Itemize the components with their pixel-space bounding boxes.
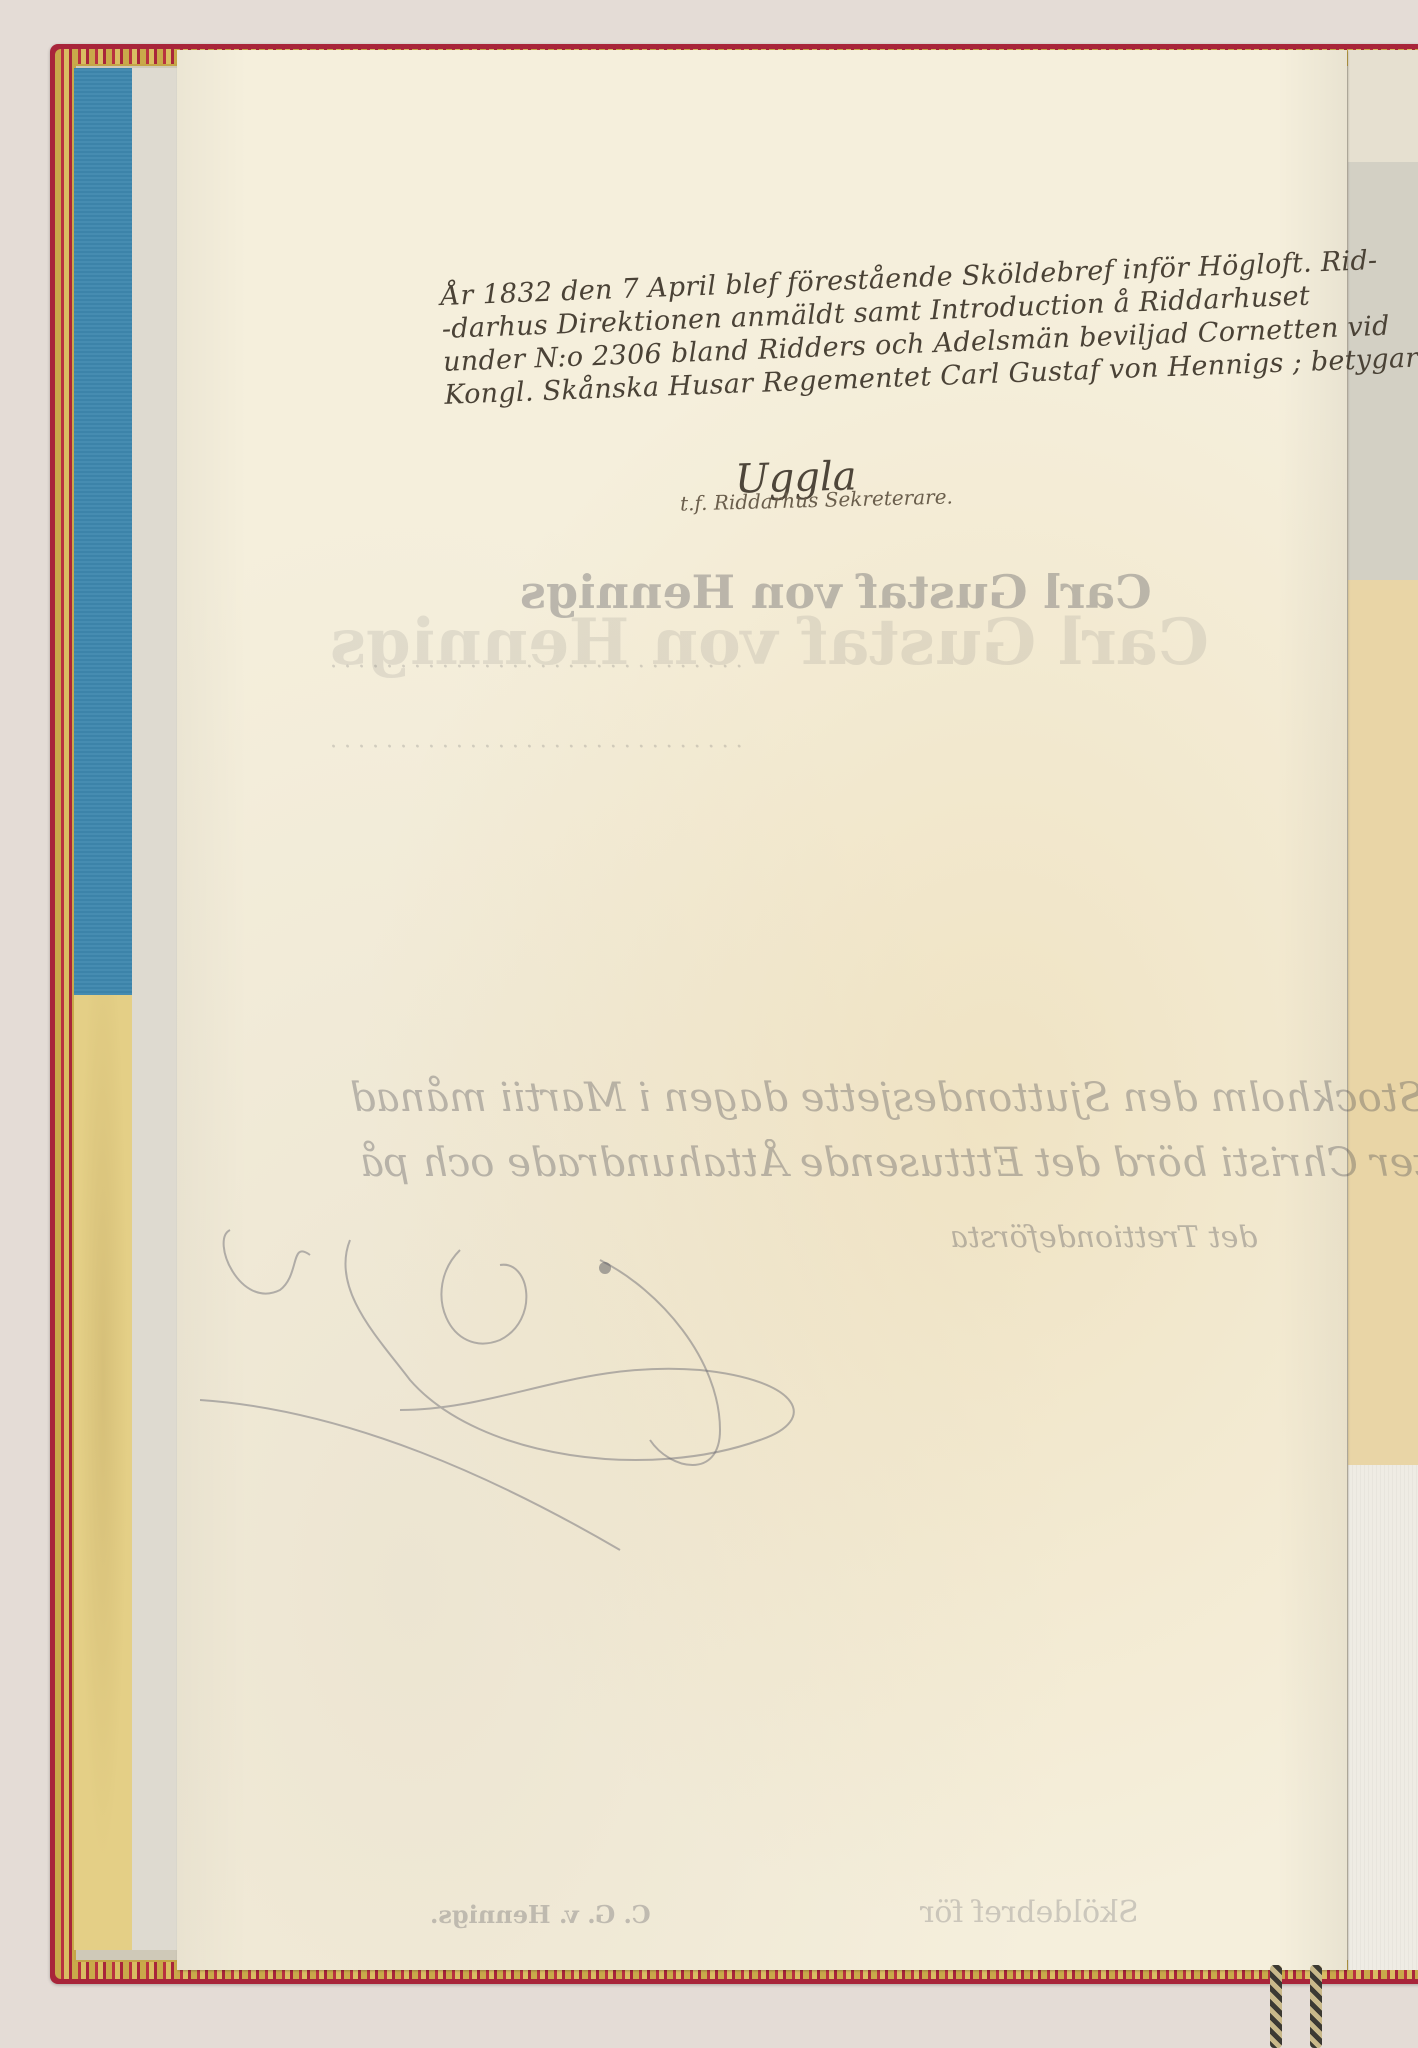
bleed-footer-title: Sköldebref för — [920, 1895, 1139, 1930]
cord — [1310, 1965, 1322, 2048]
right-page-edge — [1348, 580, 1418, 1465]
yellow-silk-lining — [74, 995, 132, 1950]
bleed-heading: Carl Gustaf von Hennigs — [520, 565, 1152, 619]
right-page-edge — [1348, 1465, 1418, 1970]
binding-cords — [1270, 1965, 1330, 2048]
cord — [1270, 1965, 1282, 2048]
bleed-line: · · · · · · · · · · · · · · · · · · · · … — [330, 735, 743, 760]
bleed-line: Stockholm den Sjuttondesjette dagen i Ma… — [350, 1075, 1418, 1121]
bleed-footer-name: C. G. v. Hennigs. — [430, 1900, 651, 1929]
right-page-edge — [1348, 50, 1418, 162]
flyleaf — [132, 68, 178, 1950]
blue-silk-lining — [74, 68, 132, 995]
royal-signature-flourish — [200, 1180, 920, 1560]
bleed-line: · · · · · · · · · · · · · · · · · · · · … — [330, 655, 743, 680]
bleed-line: det Trettiondeförsta — [950, 1220, 1258, 1255]
